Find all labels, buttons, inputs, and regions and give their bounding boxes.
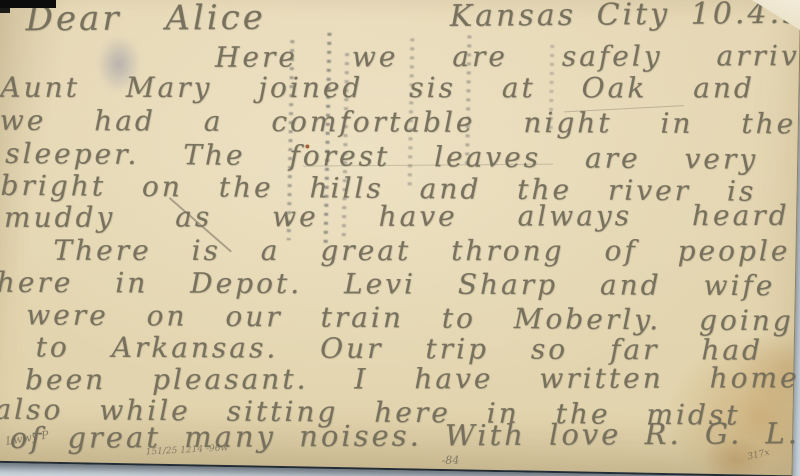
handwriting-line: we had a comfortable night in the (0, 104, 796, 140)
salutation: Dear Alice (26, 0, 266, 39)
scan-edge-notch (0, 0, 56, 8)
pencil-annotation: -84 (442, 454, 460, 467)
dateline: Kansas City 10.4.99 (450, 0, 800, 34)
handwriting-line: Here we are safely arrived (215, 39, 800, 74)
handwriting-line: There is a great throng of people (53, 234, 790, 268)
handwriting-line: here in Depot. Levi Sharp and wife (0, 266, 775, 302)
handwriting-line: muddy as we have always heard (4, 199, 790, 234)
postcard-scan: Dear Alice Kansas City 10.4.99 Here we a… (0, 0, 800, 476)
handwriting-line: Aunt Mary joined sis at Oak and (0, 71, 754, 105)
postcard: Dear Alice Kansas City 10.4.99 Here we a… (0, 0, 800, 476)
handwriting-line: been pleasant. I have written home (25, 361, 800, 396)
scan-edge-notch (0, 8, 10, 13)
handwriting-line signature-line: of great many noises. With love R. G. L. (10, 416, 800, 455)
